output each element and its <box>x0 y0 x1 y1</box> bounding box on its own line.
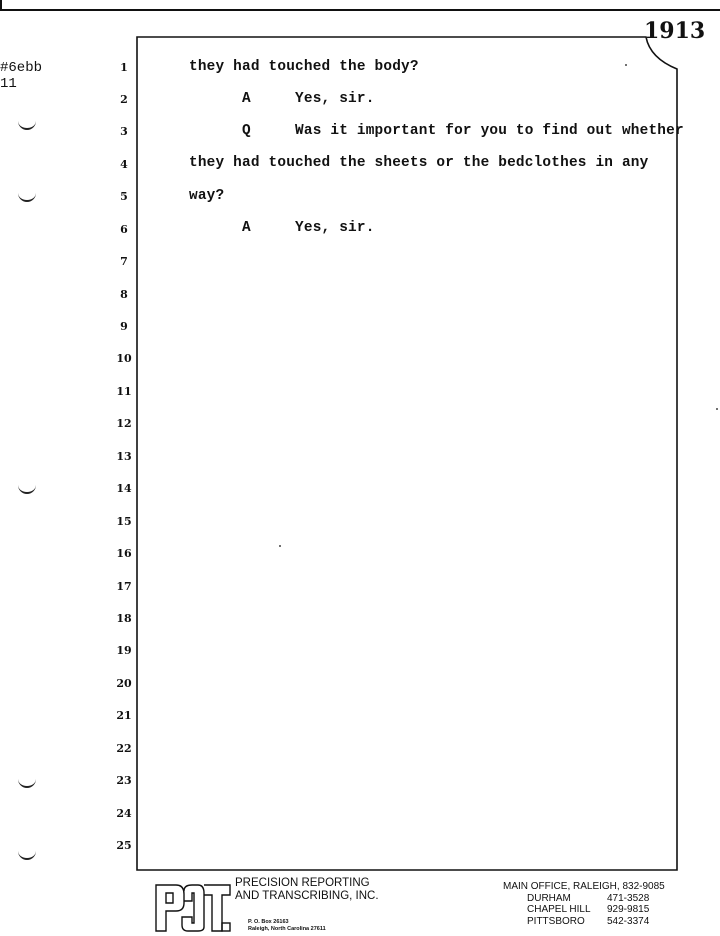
line-number: 21 <box>112 709 136 722</box>
line-number: 11 <box>112 385 136 398</box>
transcript-line: Q Was it important for you to find out w… <box>189 123 684 139</box>
margin-exhibit-mark: #6ebb 11 <box>0 60 42 92</box>
firm-name: PRECISION REPORTING AND TRANSCRIBING, IN… <box>235 877 379 903</box>
office-city: PITTSBORO <box>527 916 607 928</box>
line-number: 7 <box>112 255 136 268</box>
line-number: 13 <box>112 450 136 463</box>
margin-mark-line1: #6ebb <box>0 60 42 76</box>
line-number: 20 <box>112 677 136 690</box>
office-phone: 471-3528 <box>607 893 649 905</box>
line-number: 25 <box>112 839 136 852</box>
office-row: PITTSBORO542-3374 <box>503 916 665 928</box>
office-phone: 542-3374 <box>607 916 649 928</box>
office-city: DURHAM <box>527 893 607 905</box>
line-number: 9 <box>112 320 136 333</box>
office-row: CHAPEL HILL929-9815 <box>503 904 665 916</box>
firm-name-line1: PRECISION REPORTING <box>235 877 379 890</box>
office-phone: 929-9815 <box>607 904 649 916</box>
line-number: 12 <box>112 417 136 430</box>
scan-speck <box>279 545 281 547</box>
line-number: 2 <box>112 93 136 106</box>
line-number: 22 <box>112 742 136 755</box>
line-number: 19 <box>112 644 136 657</box>
line-number: 15 <box>112 515 136 528</box>
office-row-main: MAIN OFFICE, RALEIGH, 832-9085 <box>503 881 665 893</box>
line-number: 23 <box>112 774 136 787</box>
transcript-frame <box>0 0 720 936</box>
address-line2: Raleigh, North Carolina 27611 <box>248 926 326 933</box>
firm-address: P. O. Box 26163 Raleigh, North Carolina … <box>248 919 326 933</box>
margin-mark-line2: 11 <box>0 76 42 92</box>
line-number: 4 <box>112 158 136 171</box>
transcript-line: way? <box>189 188 224 204</box>
office-phone-list: MAIN OFFICE, RALEIGH, 832-9085 DURHAM471… <box>503 881 665 927</box>
line-number: 1 <box>112 61 136 74</box>
line-number: 5 <box>112 190 136 203</box>
firm-name-line2: AND TRANSCRIBING, INC. <box>235 890 379 903</box>
transcript-line: they had touched the body? <box>189 59 419 75</box>
line-number: 18 <box>112 612 136 625</box>
line-number: 24 <box>112 807 136 820</box>
line-number: 17 <box>112 580 136 593</box>
transcript-line: they had touched the sheets or the bedcl… <box>189 155 648 171</box>
line-number: 10 <box>112 352 136 365</box>
line-number: 6 <box>112 223 136 236</box>
transcript-line: A Yes, sir. <box>189 220 375 236</box>
transcript-line: A Yes, sir. <box>189 91 375 107</box>
line-number: 8 <box>112 288 136 301</box>
office-phone: 832-9085 <box>622 881 664 893</box>
scan-speck <box>625 64 627 66</box>
office-city: CHAPEL HILL <box>527 904 607 916</box>
scan-speck <box>716 408 718 410</box>
line-number: 14 <box>112 482 136 495</box>
line-number: 16 <box>112 547 136 560</box>
company-logo <box>154 881 232 933</box>
address-line1: P. O. Box 26163 <box>248 919 326 926</box>
line-number: 3 <box>112 125 136 138</box>
office-row: DURHAM471-3528 <box>503 893 665 905</box>
office-city: MAIN OFFICE, RALEIGH, <box>503 881 620 893</box>
